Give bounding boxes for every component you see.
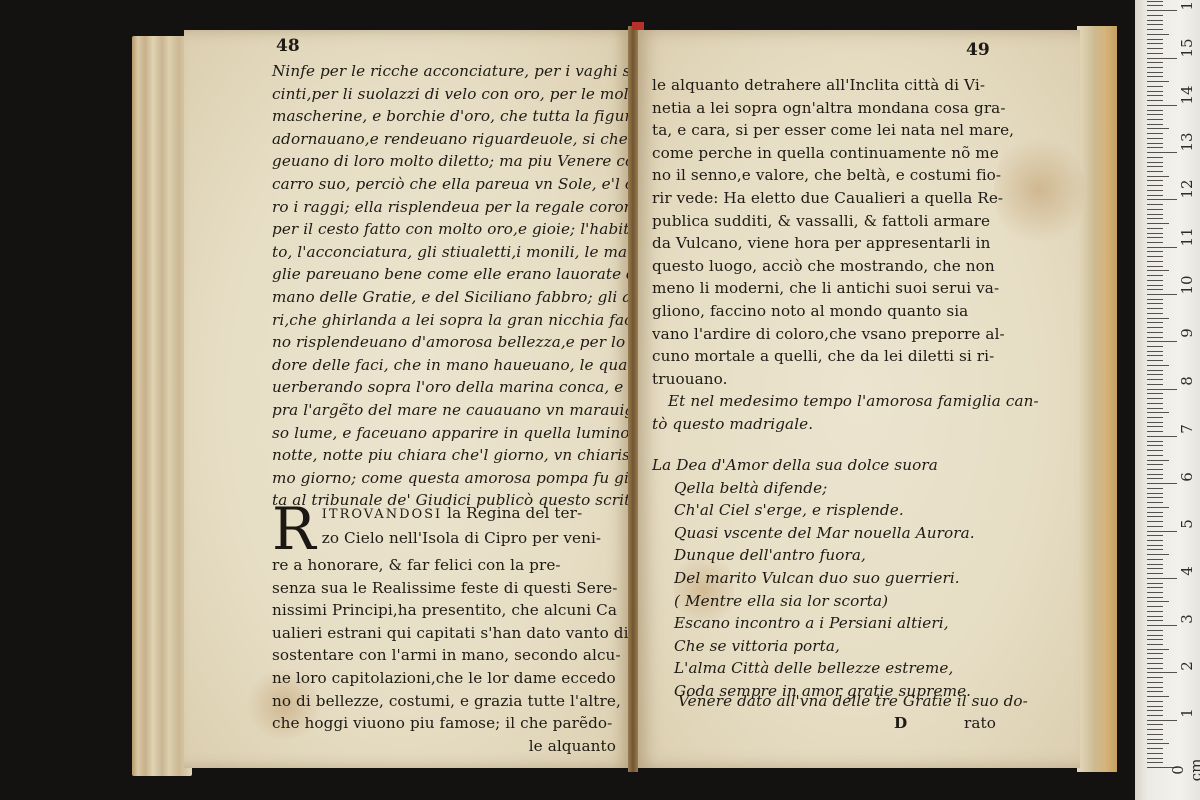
ruler-tick <box>1147 691 1163 692</box>
ruler-tick <box>1147 445 1163 446</box>
ruler-label: 8 <box>1178 367 1196 395</box>
ruler-label: 7 <box>1178 415 1196 443</box>
ruler-tick <box>1147 734 1163 735</box>
ruler-tick <box>1147 516 1163 517</box>
text-line: vano l'ardire di coloro,che vsano prepor… <box>652 323 1002 346</box>
ruler-tick <box>1147 332 1163 333</box>
text-line: Venere dato all'vna delle tre Gratie il … <box>678 690 1028 713</box>
ruler-tick <box>1147 507 1169 508</box>
ruler-tick <box>1147 204 1163 205</box>
ruler-tick <box>1147 157 1163 158</box>
text-line: questo luogo, acciò che mostrando, che n… <box>652 255 1002 278</box>
ruler-tick <box>1147 715 1163 716</box>
ruler-tick <box>1147 389 1177 390</box>
text-line: che hoggi viuono piu famose; il che parẽ… <box>272 712 620 735</box>
ruler-tick <box>1147 119 1163 120</box>
ruler-tick <box>1147 275 1163 276</box>
ruler-tick <box>1147 564 1163 565</box>
right-roman-passage: le alquanto detrahere all'Inclita città … <box>652 74 1002 390</box>
ruler-label: 6 <box>1178 463 1196 491</box>
ruler-tick <box>1147 658 1163 659</box>
ruler-tick <box>1147 242 1163 243</box>
ruler-tick <box>1147 228 1163 229</box>
ruler-tick <box>1147 351 1163 352</box>
text-line: netia a lei sopra ogn'altra mondana cosa… <box>652 97 1002 120</box>
ruler-tick <box>1147 214 1163 215</box>
ruler-tick <box>1147 393 1163 394</box>
ruler-tick <box>1147 209 1163 210</box>
ruler-tick <box>1147 180 1163 181</box>
ruler-tick <box>1147 147 1163 148</box>
ruler-tick <box>1147 512 1163 513</box>
text-line: Et nel medesimo tempo l'amorosa famiglia… <box>668 390 1018 413</box>
text-line: carro suo, perciò che ella pareua vn Sol… <box>272 173 620 196</box>
ruler-tick <box>1147 455 1163 456</box>
ruler-tick <box>1147 39 1163 40</box>
ruler-label: 5 <box>1178 510 1196 538</box>
ruler-tick <box>1147 531 1177 532</box>
ruler-tick <box>1147 256 1163 257</box>
ruler-tick <box>1147 341 1177 342</box>
ruler-tick <box>1147 426 1163 427</box>
ruler-tick <box>1147 710 1163 711</box>
ruler-tick <box>1147 431 1163 432</box>
text-line: ualieri estrani qui capitati s'han dato … <box>272 622 620 645</box>
poem-line: Dunque dell'antro fuora, <box>652 544 1002 567</box>
ruler-tick <box>1147 162 1163 163</box>
ruler-tick <box>1147 464 1163 465</box>
ruler-label: 16 <box>1178 0 1196 15</box>
ruler-tick <box>1147 488 1163 489</box>
ruler-tick <box>1147 436 1177 437</box>
text-line: cuno mortale a quelli, che da lei dilett… <box>652 345 1002 368</box>
ruler-tick <box>1147 720 1177 721</box>
madrigal-poem: La Dea d'Amor della sua dolce suora Qell… <box>652 454 1002 703</box>
binding-thread <box>632 22 644 30</box>
text-line: no di bellezze, costumi, e grazia tutte … <box>272 690 620 713</box>
text-line: cinti,per li suolazzi di velo con oro, p… <box>272 83 620 106</box>
ruler-label: 2 <box>1178 652 1196 680</box>
ruler-tick <box>1147 630 1163 631</box>
ruler-label: 12 <box>1178 175 1196 203</box>
text-line: nissimi Principi,ha presentito, che alcu… <box>272 599 620 622</box>
madrigal-intro: Et nel medesimo tempo l'amorosa famiglia… <box>668 390 1018 435</box>
ruler-tick <box>1147 592 1163 593</box>
ruler-tick <box>1147 327 1163 328</box>
ruler-tick <box>1147 483 1177 484</box>
ruler-tick <box>1147 346 1163 347</box>
text-line: le alquanto detrahere all'Inclita città … <box>652 74 1002 97</box>
text-line: so lume, e faceuano apparire in quella l… <box>272 422 620 445</box>
ruler-tick <box>1147 412 1169 413</box>
ruler-tick <box>1147 573 1163 574</box>
right-page: 49 le alquanto detrahere all'Inclita cit… <box>634 30 1080 768</box>
ruler-tick <box>1147 195 1163 196</box>
poem-line: ( Mentre ella sia lor scorta) <box>652 590 1002 613</box>
ruler-tick <box>1147 199 1177 200</box>
ruler-tick <box>1147 128 1169 129</box>
poem-line: Quasi vscente del Mar nouella Aurora. <box>652 522 1002 545</box>
left-page: 48 Ninfe per le ricche acconciature, per… <box>184 30 632 768</box>
page-number-left: 48 <box>276 36 300 56</box>
ruler-tick <box>1147 15 1163 16</box>
text-line: ne loro capitolazioni,che le lor dame ec… <box>272 667 620 690</box>
ruler-tick <box>1147 95 1163 96</box>
ruler-tick <box>1147 34 1169 35</box>
ruler-tick <box>1147 218 1163 219</box>
ruler-tick <box>1147 152 1177 153</box>
ruler-tick <box>1147 639 1163 640</box>
ruler-tick <box>1147 559 1163 560</box>
drop-cap: R <box>272 504 316 554</box>
ruler-label: 14 <box>1178 81 1196 109</box>
ruler-tick <box>1147 355 1163 356</box>
text-line: adornauano,e rendeuano riguardeuole, si … <box>272 128 620 151</box>
text-line: geuano di loro molto diletto; ma piu Ven… <box>272 150 620 173</box>
ruler-tick <box>1147 176 1169 177</box>
ruler-tick <box>1147 497 1163 498</box>
text-line: Ninfe per le ricche acconciature, per i … <box>272 60 620 83</box>
ruler-tick <box>1147 166 1163 167</box>
ruler-tick <box>1147 762 1163 763</box>
text-line: come perche in quella continuamente nõ m… <box>652 142 1002 165</box>
measurement-ruler: 0 cm 1 2 3 4 5 6 7 8 9 10 11 12 13 14 15… <box>1135 0 1200 800</box>
text-line: rir vede: Ha eletto due Caualieri a quel… <box>652 187 1002 210</box>
ruler-label: 3 <box>1178 605 1196 633</box>
text-line: pra l'argẽto del mare ne cauauano vn mar… <box>272 399 620 422</box>
foxing-stain <box>994 130 1084 250</box>
ruler-tick <box>1147 474 1163 475</box>
ruler-tick <box>1147 521 1163 522</box>
ruler-tick <box>1147 540 1163 541</box>
ruler-tick <box>1147 469 1163 470</box>
ruler-tick <box>1147 58 1177 59</box>
ruler-tick <box>1147 318 1169 319</box>
ruler-tick <box>1147 739 1163 740</box>
ruler-tick <box>1147 384 1163 385</box>
left-italic-passage: Ninfe per le ricche acconciature, per i … <box>272 60 620 512</box>
ruler-tick <box>1147 294 1177 295</box>
ruler-tick <box>1147 233 1163 234</box>
ruler-tick <box>1147 299 1163 300</box>
ruler-tick <box>1147 124 1163 125</box>
ruler-tick <box>1147 701 1163 702</box>
ruler-tick <box>1147 143 1163 144</box>
closing-passage: Venere dato all'vna delle tre Gratie il … <box>678 690 1028 713</box>
ruler-tick <box>1147 24 1163 25</box>
ruler-tick <box>1147 374 1163 375</box>
ruler-tick <box>1147 535 1163 536</box>
ruler-tick <box>1147 322 1163 323</box>
ruler-tick <box>1147 360 1163 361</box>
ruler-tick <box>1147 526 1163 527</box>
ruler-tick <box>1147 138 1163 139</box>
ruler-tick <box>1147 597 1163 598</box>
ruler-tick <box>1147 620 1163 621</box>
ruler-tick <box>1147 289 1163 290</box>
ruler-tick <box>1147 223 1169 224</box>
ruler-tick <box>1147 53 1163 54</box>
ruler-tick <box>1147 190 1163 191</box>
ruler-label: 1 <box>1178 699 1196 727</box>
ruler-tick <box>1147 625 1177 626</box>
ruler-tick <box>1147 308 1163 309</box>
poem-line: La Dea d'Amor della sua dolce suora <box>652 454 1002 477</box>
ruler-tick <box>1147 583 1163 584</box>
ruler-tick <box>1147 663 1163 664</box>
ruler-tick <box>1147 450 1163 451</box>
text-line: ro i raggi; ella risplendeua per la rega… <box>272 196 620 219</box>
text-line: gliono, faccino noto al mondo quanto sia <box>652 300 1002 323</box>
ruler-tick <box>1147 587 1163 588</box>
ruler-tick <box>1147 114 1163 115</box>
ruler-tick <box>1147 379 1163 380</box>
ruler-tick <box>1147 408 1163 409</box>
ruler-tick <box>1147 687 1163 688</box>
poem-line: L'alma Città delle bellezze estreme, <box>652 657 1002 680</box>
ruler-tick <box>1147 237 1163 238</box>
ruler-tick <box>1147 677 1163 678</box>
ruler-tick <box>1147 185 1163 186</box>
ruler-tick <box>1147 568 1163 569</box>
ruler-label: 10 <box>1178 271 1196 299</box>
ruler-label: 9 <box>1178 319 1196 347</box>
ruler-tick <box>1147 478 1163 479</box>
page-number-right: 49 <box>966 40 990 60</box>
text-line: truouano. <box>652 368 1002 391</box>
ruler-tick <box>1147 247 1177 248</box>
ruler-tick <box>1147 743 1169 744</box>
ruler-tick <box>1147 706 1163 707</box>
ruler-tick <box>1147 611 1163 612</box>
ruler-tick <box>1147 72 1163 73</box>
ruler-tick <box>1147 133 1163 134</box>
ruler-tick <box>1147 261 1163 262</box>
ruler-label: 11 <box>1178 223 1196 251</box>
text-line: ta, e cara, si per esser come lei nata n… <box>652 119 1002 142</box>
ruler-tick <box>1147 729 1163 730</box>
text-line: no risplendeuano d'amorosa bellezza,e pe… <box>272 331 620 354</box>
ruler-tick <box>1147 422 1163 423</box>
ruler-label-0: 0 cm <box>1169 756 1200 784</box>
ruler-tick <box>1147 758 1163 759</box>
ruler-tick <box>1147 20 1163 21</box>
ruler-tick <box>1147 5 1163 6</box>
ruler-tick <box>1147 653 1163 654</box>
text-line: mano delle Gratie, e del Siciliano fabbr… <box>272 286 620 309</box>
ruler-tick <box>1147 100 1163 101</box>
ruler-tick <box>1147 365 1169 366</box>
ruler-tick <box>1147 606 1163 607</box>
text-line: uerberando sopra l'oro della marina conc… <box>272 376 620 399</box>
text-line: no il senno,e valore, che beltà, e costu… <box>652 164 1002 187</box>
ruler-tick <box>1147 303 1163 304</box>
text-line: zo Cielo nell'Isola di Cipro per veni- <box>272 527 620 550</box>
ruler-tick <box>1147 81 1169 82</box>
text-line: dore delle faci, che in mano haueuano, l… <box>272 354 620 377</box>
text-line: glie pareuano bene come elle erano lauor… <box>272 263 620 286</box>
ruler-tick <box>1147 1 1163 2</box>
ruler-tick <box>1147 48 1163 49</box>
ruler-tick <box>1147 748 1163 749</box>
ruler-tick <box>1147 266 1163 267</box>
ruler-tick <box>1147 696 1169 697</box>
ruler-tick <box>1147 285 1163 286</box>
ruler-tick <box>1147 644 1163 645</box>
ruler-tick <box>1147 110 1163 111</box>
left-page-stack-edge <box>132 36 192 776</box>
ruler-tick <box>1147 67 1163 68</box>
text-line: publica sudditi, & vassalli, & fattoli a… <box>652 210 1002 233</box>
ruler-tick <box>1147 635 1163 636</box>
text-line: ri,che ghirlanda a lei sopra la gran nic… <box>272 309 620 332</box>
ruler-tick <box>1147 649 1169 650</box>
ruler-tick <box>1147 171 1163 172</box>
ruler-tick <box>1147 91 1163 92</box>
ruler-tick <box>1147 554 1169 555</box>
ruler-tick <box>1147 441 1163 442</box>
ruler-tick <box>1147 668 1163 669</box>
text-line: notte, notte piu chiara che'l giorno, vn… <box>272 444 620 467</box>
text-line: mascherine, e borchie d'oro, che tutta l… <box>272 105 620 128</box>
ruler-tick <box>1147 545 1163 546</box>
ruler-label: 15 <box>1178 34 1196 62</box>
ruler-tick <box>1147 493 1163 494</box>
ruler-ticks <box>1135 0 1175 800</box>
text-line: re a honorare, & far felici con la pre- <box>272 554 620 577</box>
ruler-tick <box>1147 313 1163 314</box>
ruler-tick <box>1147 403 1163 404</box>
ruler-tick <box>1147 616 1163 617</box>
ruler-tick <box>1147 672 1177 673</box>
right-page-stack-edge <box>1077 26 1117 772</box>
ruler-tick <box>1147 682 1163 683</box>
ruler-tick <box>1147 398 1163 399</box>
ruler-tick <box>1147 370 1163 371</box>
text-line: mo giorno; come questa amorosa pompa fu … <box>272 467 620 490</box>
ruler-label: 13 <box>1178 128 1196 156</box>
catchword: le alquanto <box>272 735 620 758</box>
ruler-tick <box>1147 753 1163 754</box>
ruler-tick <box>1147 601 1169 602</box>
text-line: da Vulcano, viene hora per appresentarli… <box>652 232 1002 255</box>
book-gutter <box>628 26 638 772</box>
text-line: tò questo madrigale. <box>652 413 1018 436</box>
text-line: meno li moderni, che li antichi suoi ser… <box>652 277 1002 300</box>
ruler-tick <box>1147 337 1163 338</box>
ruler-tick <box>1147 43 1163 44</box>
poem-line: Del marito Vulcan duo suo guerrieri. <box>652 567 1002 590</box>
ruler-tick <box>1147 578 1177 579</box>
text-line: senza sua le Realissime feste di questi … <box>272 577 620 600</box>
poem-line: Ch'al Ciel s'erge, e risplende. <box>652 499 1002 522</box>
ruler-tick <box>1147 29 1163 30</box>
left-roman-passage: R ITROVANDOSI la Regina del ter- zo Ciel… <box>272 502 620 757</box>
ruler-label: 4 <box>1178 557 1196 585</box>
ruler-tick <box>1147 105 1177 106</box>
ruler-tick <box>1147 280 1163 281</box>
ruler-tick <box>1147 724 1163 725</box>
text-line: la Regina del ter- <box>442 504 582 522</box>
text-line: sostentare con l'armi in mano, secondo a… <box>272 644 620 667</box>
ruler-tick <box>1147 86 1163 87</box>
ruler-tick <box>1147 76 1163 77</box>
ruler-tick <box>1147 270 1169 271</box>
ruler-tick <box>1147 251 1163 252</box>
ruler-tick <box>1147 10 1177 11</box>
ruler-tick <box>1147 62 1163 63</box>
poem-line: Escano incontro a i Persiani altieri, <box>652 612 1002 635</box>
small-caps-word: ITROVANDOSI <box>322 507 442 522</box>
ruler-tick <box>1147 417 1163 418</box>
text-line: per il cesto fatto con molto oro,e gioie… <box>272 218 620 241</box>
ruler-tick <box>1147 549 1163 550</box>
poem-line: Qella beltà difende; <box>652 477 1002 500</box>
ruler-tick <box>1147 502 1163 503</box>
open-book: 48 Ninfe per le ricche acconciature, per… <box>132 22 1117 777</box>
ruler-tick <box>1147 460 1169 461</box>
poem-line: Che se vittoria porta, <box>652 635 1002 658</box>
text-line: to, l'acconciatura, gli stiualetti,i mon… <box>272 241 620 264</box>
